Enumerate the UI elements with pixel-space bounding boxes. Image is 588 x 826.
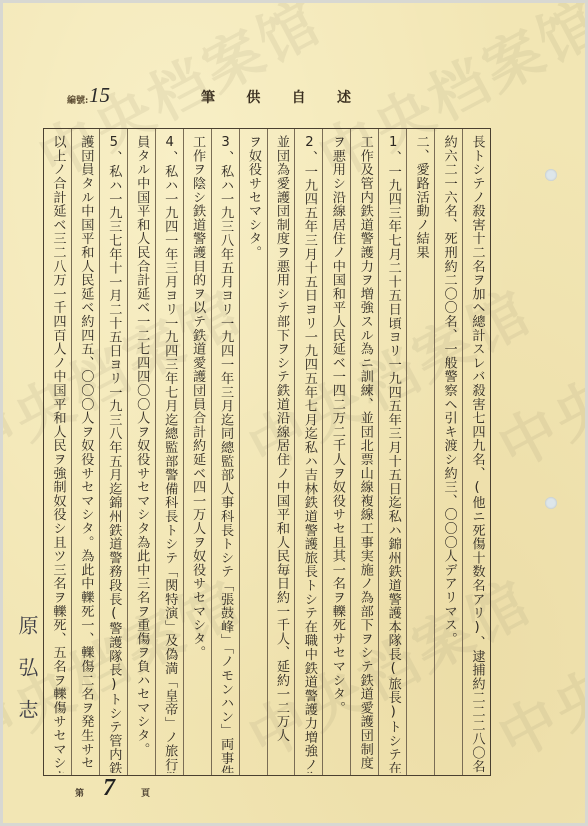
handwritten-line: 工作及管内鉄道警護力ヲ増強スル為ニ訓練、並団北票山線複線工事実施ノ為部下ヲシテ鉄… xyxy=(352,129,378,773)
text-column: 員タル中国平和人民合計延ベ一二七四四〇〇人ヲ奴役サセマシタ為此中三名ヲ重傷ヲ負ハ… xyxy=(127,129,155,775)
title-char: 供 xyxy=(246,87,260,107)
page-footer: 第 7 頁 xyxy=(75,781,155,801)
title-char: 述 xyxy=(337,87,351,107)
text-column: ヲ悪用シ沿線居住ノ中国和平人民延ベ一四二万二千人ヲ奴役サセ且其一名ヲ轢死サセマシ… xyxy=(322,129,350,775)
serial-number: 15 xyxy=(89,83,110,108)
handwritten-line: 工作ヲ陰シ鉄道警護目的ヲ以テ鉄道愛護団員合計約延ベ四一万人ヲ奴役サセマシタ。 xyxy=(184,129,210,773)
handwritten-line: 員タル中国平和人民合計延ベ一二七四四〇〇人ヲ奴役サセマシタ為此中三名ヲ重傷ヲ負ハ… xyxy=(128,129,154,773)
archive-watermark: 中央档案馆 xyxy=(481,265,585,485)
title-char: 自 xyxy=(292,87,306,107)
page-prefix: 第 xyxy=(75,786,84,799)
text-column: 1、一九四三年七月二十五日頃ヨリ一九四五年三月十五日迄私ハ錦州鉄道警護本隊長(旅… xyxy=(378,129,406,775)
text-column: 3、私ハ一九三八年五月ヨリ一九四一年三月迄同總監部人事科長トシテ「張鼓峰」「ノモ… xyxy=(211,129,239,775)
handwritten-line: 以上ノ合計延ベ三二八万一千四百人ノ中国平和人民ヲ強制奴役シ且ツ三名ヲ轢死、五名ヲ… xyxy=(44,129,70,773)
handwritten-line: 3、私ハ一九三八年五月ヨリ一九四一年三月迄同總監部人事科長トシテ「張鼓峰」「ノモ… xyxy=(212,129,238,773)
text-column: 並団為愛護団制度ヲ悪用シテ部下ヲシテ鉄道沿線居住ノ中国平和人民毎日約一千人、延約… xyxy=(267,129,295,775)
handwritten-line: 1、一九四三年七月二十五日頃ヨリ一九四五年三月十五日迄私ハ錦州鉄道警護本隊長(旅… xyxy=(380,129,406,773)
text-column: 以上ノ合計延ベ三二八万一千四百人ノ中国平和人民ヲ強制奴役シ且ツ三名ヲ轢死、五名ヲ… xyxy=(44,129,71,775)
title-char: 筆 xyxy=(201,87,215,107)
handwritten-line: 二、愛路活動ノ結果 xyxy=(408,129,434,773)
text-column: 長トシテノ殺害十二名ヲ加ヘ總計スレバ殺害七四九名、(他ニ死傷十数名アリ)、逮捕約… xyxy=(462,129,490,775)
handwritten-line: 2、一九四五年三月十五日ヨリ一九四五年七月迄私ハ吉林鉄道警護旅長トシテ在職中鉄道… xyxy=(296,129,322,773)
text-column: 二、愛路活動ノ結果 xyxy=(406,129,434,775)
punch-hole xyxy=(545,169,557,181)
handwritten-line: ヲ悪用シ沿線居住ノ中国和平人民延ベ一四二万二千人ヲ奴役サセ且其一名ヲ轢死サセマシ… xyxy=(324,129,350,773)
document-title: 筆 供 自 述 xyxy=(201,87,351,107)
document-page: 中央档案馆中央档案馆中央档案馆中央档案馆中央档案馆中央档案馆中央档案馆中央档案馆… xyxy=(3,3,585,823)
page-suffix: 頁 xyxy=(141,786,150,799)
text-column: ヲ奴役サセマシタ。 xyxy=(239,129,267,775)
text-column: 4、私ハ一九四一年三月ヨリ一九四三年七月迄總監部警備科長トシテ「関特演」及偽満「… xyxy=(155,129,183,775)
page-number: 7 xyxy=(103,775,115,802)
handwritten-line: 長トシテノ殺害十二名ヲ加ヘ總計スレバ殺害七四九名、(他ニ死傷十数名アリ)、逮捕約… xyxy=(464,129,490,773)
text-column: 5、私ハ一九三七年十一月二十五日ヨリ一九三八年五月迄錦州鉄道警務段長(警護隊長)… xyxy=(99,129,127,775)
text-column: 約六二一六名、死刑約二〇〇名、一般警察ヘ引キ渡シ約三、〇〇〇人デアリマス。 xyxy=(434,129,462,775)
handwritten-line: 約六二一六名、死刑約二〇〇名、一般警察ヘ引キ渡シ約三、〇〇〇人デアリマス。 xyxy=(436,129,462,773)
text-column: 工作ヲ陰シ鉄道警護目的ヲ以テ鉄道愛護団員合計約延ベ四一万人ヲ奴役サセマシタ。 xyxy=(183,129,211,775)
handwritten-line: 護団員タル中国平和人民延ベ約四五、〇〇〇人ヲ奴役サセマシタ。為此中轢死一、轢傷二… xyxy=(72,129,98,773)
ruled-writing-table: 長トシテノ殺害十二名ヲ加ヘ總計スレバ殺害七四九名、(他ニ死傷十数名アリ)、逮捕約… xyxy=(43,128,491,776)
handwritten-line: 並団為愛護団制度ヲ悪用シテ部下ヲシテ鉄道沿線居住ノ中国平和人民毎日約一千人、延約… xyxy=(268,129,294,773)
handwritten-line: ヲ奴役サセマシタ。 xyxy=(240,129,266,773)
archive-watermark: 中央档案馆 xyxy=(481,555,585,775)
signature: 原弘志 xyxy=(13,615,42,741)
text-column: 2、一九四五年三月十五日ヨリ一九四五年七月迄私ハ吉林鉄道警護旅長トシテ在職中鉄道… xyxy=(294,129,322,775)
text-column: 護団員タル中国平和人民延ベ約四五、〇〇〇人ヲ奴役サセマシタ。為此中轢死一、轢傷二… xyxy=(71,129,99,775)
handwritten-line: 4、私ハ一九四一年三月ヨリ一九四三年七月迄總監部警備科長トシテ「関特演」及偽満「… xyxy=(156,129,182,773)
handwritten-line: 5、私ハ一九三七年十一月二十五日ヨリ一九三八年五月迄錦州鉄道警務段長(警護隊長)… xyxy=(100,129,126,773)
punch-hole xyxy=(545,497,557,509)
serial-label: 編號: xyxy=(67,93,88,106)
text-column: 工作及管内鉄道警護力ヲ増強スル為ニ訓練、並団北票山線複線工事実施ノ為部下ヲシテ鉄… xyxy=(350,129,378,775)
